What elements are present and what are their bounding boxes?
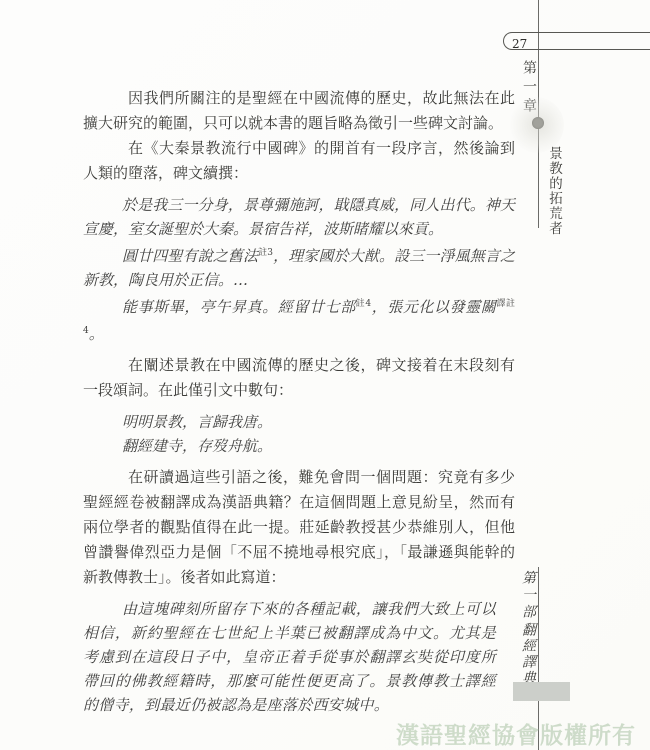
quote-paragraph: 於是我三一分身，景尊彌施訶，戢隱真威，同人出代。神天宣慶，室女誕聖於大秦。景宿告… (83, 193, 515, 241)
quote-paragraph: 圓廿四聖有說之舊法註3，理家國於大猷。設三一淨風無言之新教，陶良用於正信。… (83, 241, 515, 292)
chapter-title: 景教的拓荒者 (544, 146, 564, 236)
hymn-quote-block: 明明景教，言歸我唐。 翻經建寺，存歿舟航。 (83, 410, 515, 458)
page-number-tab: 27 (503, 32, 650, 50)
copyright-watermark: 漢語聖經協會版權所有 (396, 717, 636, 750)
body-paragraph: 因我們所關注的是聖經在中國流傳的歷史，故此無法在此擴大研究的範圍，只可以就本書的… (83, 86, 515, 136)
verse-line: 明明景教，言歸我唐。 (83, 410, 515, 434)
quote-paragraph: 能事斯畢，亭午昇真。經留廿七部註4，張元化以發靈關譯註4。 (83, 292, 515, 346)
chapter-divider-dot-icon (532, 117, 544, 129)
body-paragraph: 在《大秦景教流行中國碑》的開首有一段序言，然後論到人類的墮落，碑文續撰： (83, 136, 515, 186)
book-page: 27 第一章 景教的拓荒者 第一部 翻經譯典 因我們所關注的是聖經在中國流傳的歷… (0, 0, 650, 750)
main-text-column: 因我們所關注的是聖經在中國流傳的歷史，故此無法在此擴大研究的範圍，只可以就本書的… (83, 86, 515, 724)
body-paragraph: 在闡述景教在中國流傳的歷史之後，碑文接着在末段刻有一段頌詞。在此僅引文中數句： (83, 353, 515, 403)
quote-text: 能事斯畢，亭午昇真。經留廿七部 (122, 298, 356, 316)
quote-text: 圓廿四聖有說之舊法 (122, 247, 258, 265)
footnote-ref: 註4 (356, 299, 371, 309)
page-number: 27 (504, 36, 527, 52)
quote-text: ，張元化以發靈關 (371, 298, 496, 316)
verse-line: 翻經建寺，存歿舟航。 (83, 434, 515, 458)
body-paragraph: 在研讀過這些引語之後，難免會問一個問題：究竟有多少聖經經卷被翻譯成為漢語典籍？在… (83, 465, 515, 590)
part-title: 翻經譯典 (518, 622, 538, 686)
wylie-quote-block: 由這塊碑刻所留存下來的各種記載，讓我們大致上可以相信，新約聖經在七世紀上半葉已被… (83, 597, 515, 717)
quote-paragraph: 由這塊碑刻所留存下來的各種記載，讓我們大致上可以相信，新約聖經在七世紀上半葉已被… (83, 597, 496, 717)
part-number-label: 第一部 (518, 570, 538, 621)
footnote-ref: 註3 (258, 248, 273, 258)
quote-text: 。 (89, 325, 104, 343)
stele-quote-block: 於是我三一分身，景尊彌施訶，戢隱真威，同人出代。神天宣慶，室女誕聖於大秦。景宿告… (83, 193, 515, 346)
margin-gray-block (513, 682, 570, 701)
